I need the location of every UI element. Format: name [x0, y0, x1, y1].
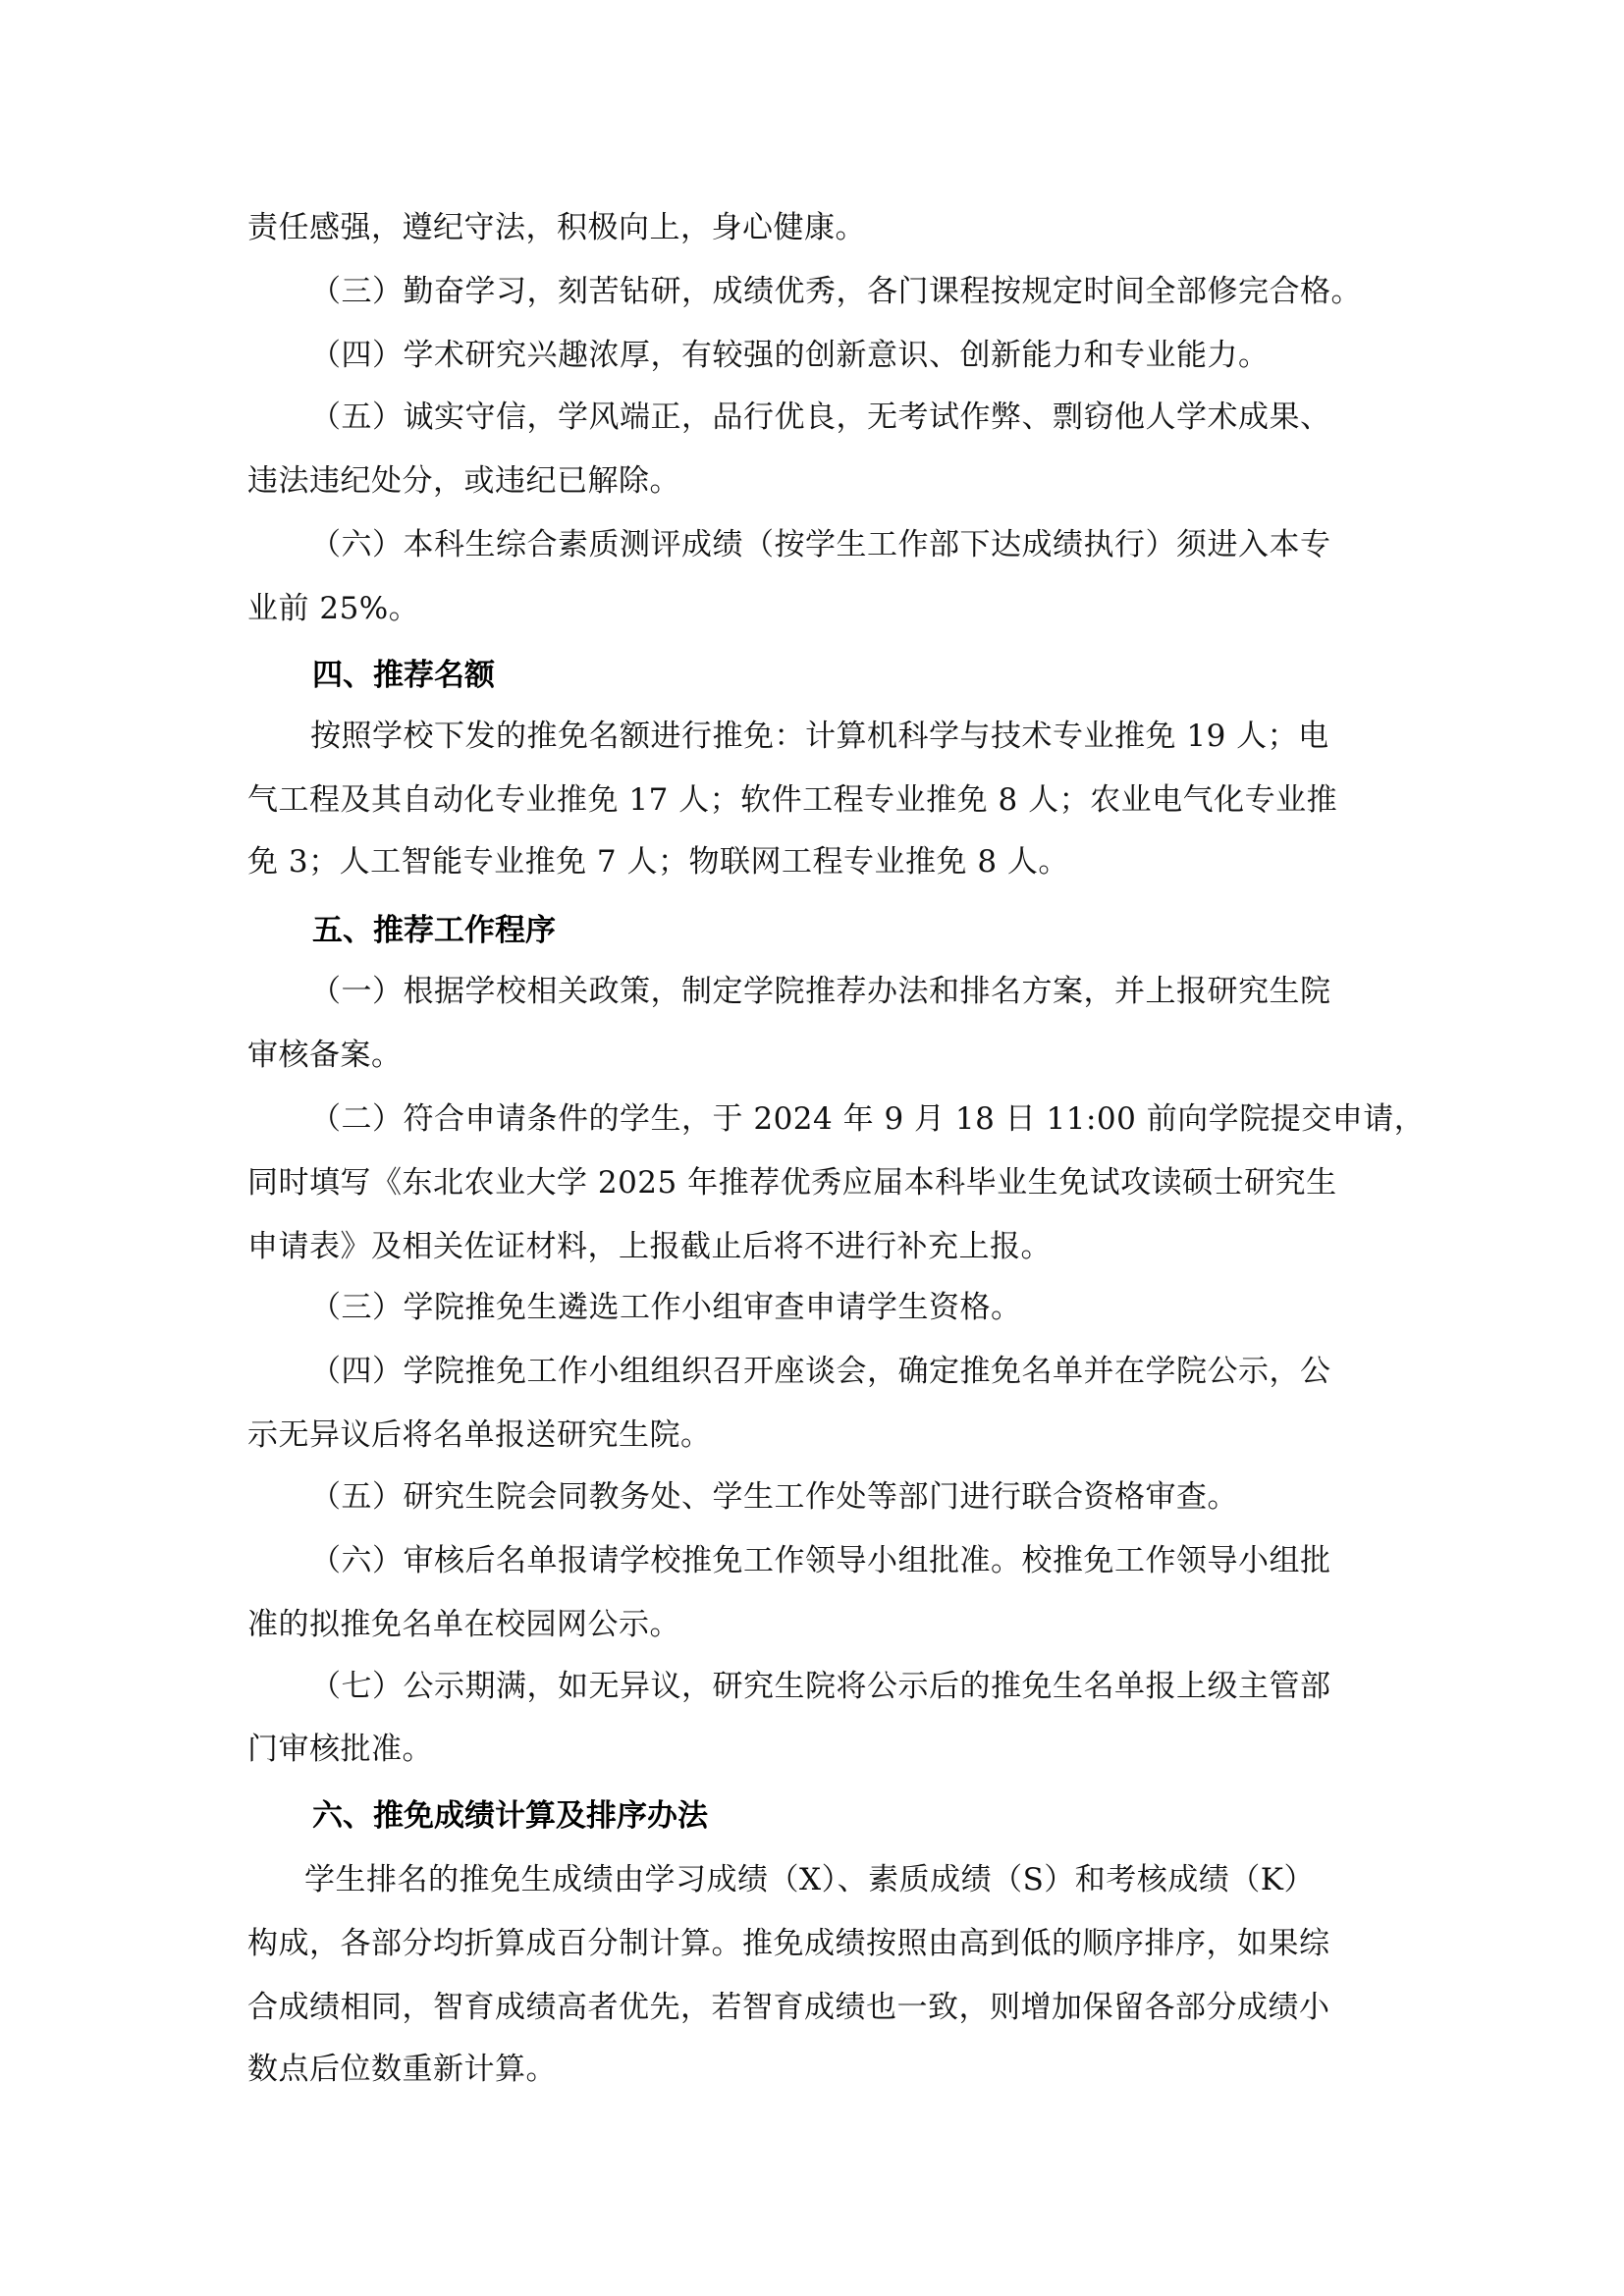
paragraph-line: 违法违纪处分，或违纪已解除。 [247, 461, 1379, 501]
paragraph-line: 按照学校下发的推免名额进行推免：计算机科学与技术专业推免 19 人；电 [310, 717, 1379, 756]
paragraph-line: （六）审核后名单报请学校推免工作领导小组批准。校推免工作领导小组批 [310, 1541, 1379, 1580]
section-heading: 六、推免成绩计算及排序办法 [312, 1796, 708, 1836]
paragraph-line: 构成，各部分均折算成百分制计算。推免成绩按照由高到低的顺序排序，如果综 [247, 1924, 1379, 1963]
paragraph-line: 数点后位数重新计算。 [247, 2050, 1379, 2089]
paragraph-line: （四）学术研究兴趣浓厚，有较强的创新意识、创新能力和专业能力。 [310, 336, 1379, 375]
paragraph-line: （三）学院推免生遴选工作小组审查申请学生资格。 [310, 1288, 1379, 1327]
paragraph-line: （五）诚实守信，学风端正，品行优良，无考试作弊、剽窃他人学术成果、 [310, 398, 1379, 437]
paragraph-line: 气工程及其自动化专业推免 17 人；软件工程专业推免 8 人；农业电气化专业推 [247, 780, 1379, 820]
paragraph-line: （二）符合申请条件的学生，于 2024 年 9 月 18 日 11:00 前向学… [310, 1099, 1379, 1139]
paragraph-line: （七）公示期满，如无异议，研究生院将公示后的推免生名单报上级主管部 [310, 1667, 1379, 1706]
paragraph-line: 准的拟推免名单在校园网公示。 [247, 1605, 1379, 1644]
paragraph-line: （三）勤奋学习，刻苦钻研，成绩优秀，各门课程按规定时间全部修完合格。 [310, 272, 1379, 311]
paragraph-line: 申请表》及相关佐证材料，上报截止后将不进行补充上报。 [247, 1227, 1379, 1266]
paragraph-line: （五）研究生院会同教务处、学生工作处等部门进行联合资格审查。 [310, 1477, 1379, 1517]
paragraph-line: 免 3；人工智能专业推免 7 人；物联网工程专业推免 8 人。 [247, 842, 1379, 881]
paragraph-line: 同时填写《东北农业大学 2025 年推荐优秀应届本科毕业生免试攻读硕士研究生 [247, 1163, 1379, 1202]
paragraph-line: （四）学院推免工作小组组织召开座谈会，确定推免名单并在学院公示，公 [310, 1352, 1379, 1391]
paragraph-line: 审核备案。 [247, 1036, 1379, 1075]
paragraph-line: 合成绩相同，智育成绩高者优先，若智育成绩也一致，则增加保留各部分成绩小 [247, 1988, 1379, 2027]
section-heading: 四、推荐名额 [312, 656, 495, 695]
paragraph-line: （六）本科生综合素质测评成绩（按学生工作部下达成绩执行）须进入本专 [310, 525, 1379, 564]
paragraph-line: 责任感强，遵纪守法，积极向上，身心健康。 [247, 208, 1379, 247]
document-page: 责任感强，遵纪守法，积极向上，身心健康。 （三）勤奋学习，刻苦钻研，成绩优秀，各… [0, 0, 1624, 2296]
paragraph-line: （一）根据学校相关政策，制定学院推荐办法和排名方案，并上报研究生院 [310, 972, 1379, 1011]
paragraph-line: 示无异议后将名单报送研究生院。 [247, 1415, 1379, 1455]
paragraph-line: 业前 25%。 [247, 589, 1379, 628]
paragraph-line: 学生排名的推免生成绩由学习成绩（X）、素质成绩（S）和考核成绩（K） [304, 1860, 1435, 1899]
paragraph-line: 门审核批准。 [247, 1730, 1379, 1769]
section-heading: 五、推荐工作程序 [312, 911, 556, 950]
